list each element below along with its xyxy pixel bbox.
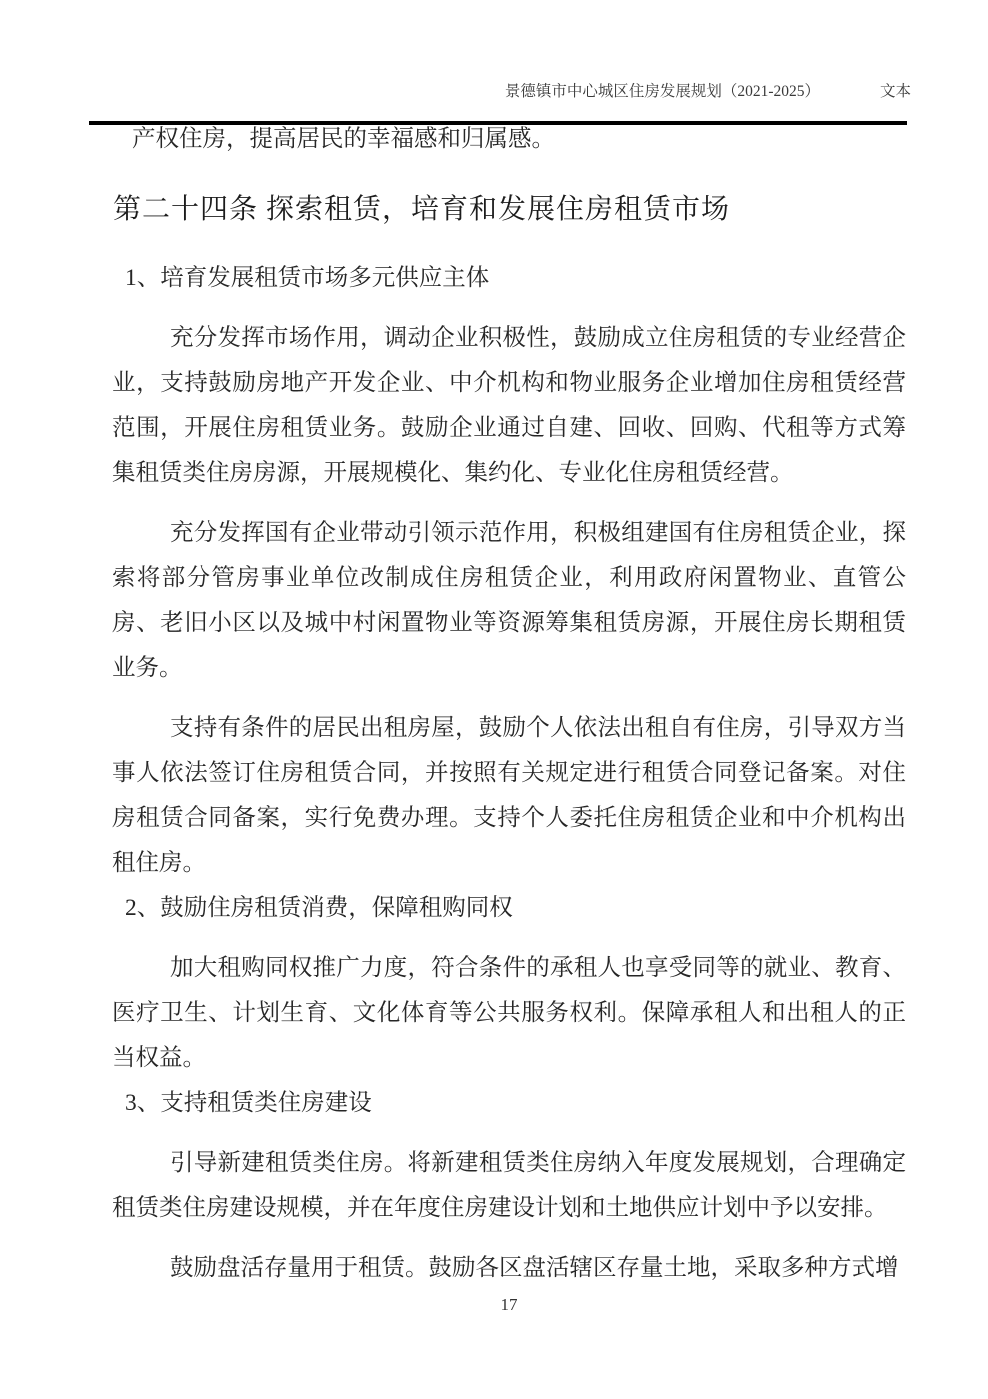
page-number: 17 xyxy=(112,1294,906,1316)
subheading: 3、支持租赁类住房建设 xyxy=(112,1081,906,1126)
paragraph: 充分发挥市场作用，调动企业积极性，鼓励成立住房租赁的专业经营企业，支持鼓励房地产… xyxy=(112,316,906,496)
document-body: 1、培育发展租赁市场多元供应主体充分发挥市场作用，调动企业积极性，鼓励成立住房租… xyxy=(112,256,906,1291)
paragraph: 加大租购同权推广力度，符合条件的承租人也享受同等的就业、教育、医疗卫生、计划生育… xyxy=(112,946,906,1081)
subheading: 2、鼓励住房租赁消费，保障租购同权 xyxy=(112,886,906,931)
paragraph: 引导新建租赁类住房。将新建租赁类住房纳入年度发展规划，合理确定租赁类住房建设规模… xyxy=(112,1141,906,1231)
subheading: 1、培育发展租赁市场多元供应主体 xyxy=(112,256,906,301)
document-page: 景德镇市中心城区住房发展规划（2021-2025） 文本 产权住房，提高居民的幸… xyxy=(0,0,988,1399)
header-doc-label: 文本 xyxy=(880,82,911,102)
paragraph: 充分发挥国有企业带动引领示范作用，积极组建国有住房租赁企业，探索将部分管房事业单… xyxy=(112,511,906,691)
paragraph-continuation: 产权住房，提高居民的幸福感和归属感。 xyxy=(132,117,555,162)
section-heading: 第二十四条 探索租赁，培育和发展住房租赁市场 xyxy=(113,186,730,234)
running-header: 景德镇市中心城区住房发展规划（2021-2025） 文本 xyxy=(0,82,911,102)
header-title: 景德镇市中心城区住房发展规划（2021-2025） xyxy=(505,82,820,102)
paragraph: 鼓励盘活存量用于租赁。鼓励各区盘活辖区存量土地，采取多种方式增 xyxy=(112,1246,906,1291)
paragraph: 支持有条件的居民出租房屋，鼓励个人依法出租自有住房，引导双方当事人依法签订住房租… xyxy=(112,706,906,886)
